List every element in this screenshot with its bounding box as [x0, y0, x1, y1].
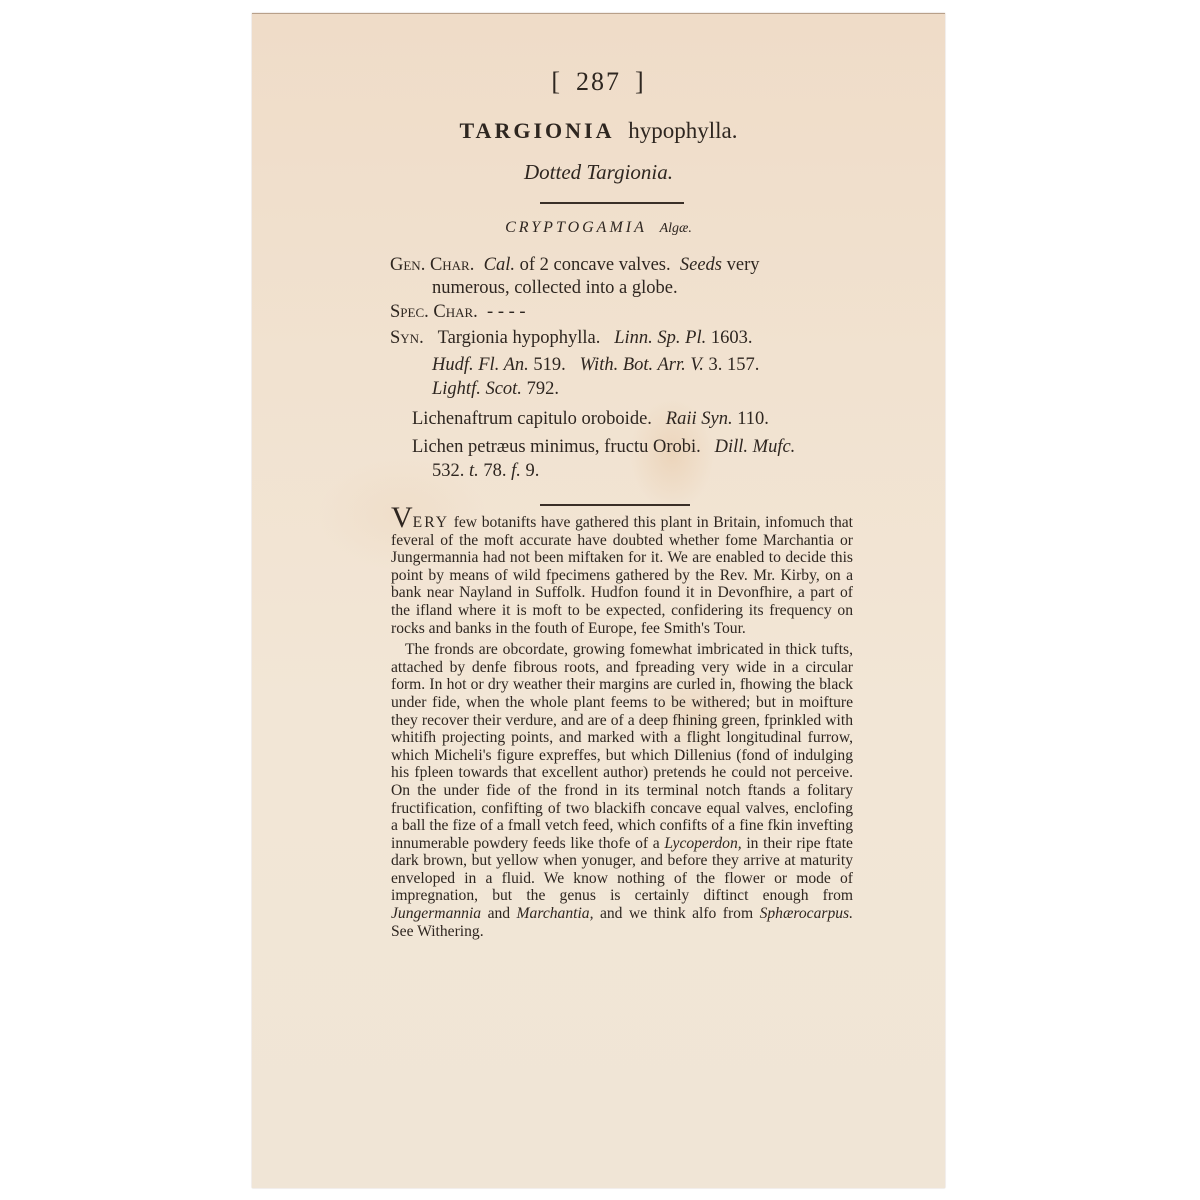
- paragraph-2-italic-4: Sphærocarpus.: [760, 905, 853, 922]
- first-word-caps: ERY: [413, 514, 449, 531]
- syn-alt2-num-a: 532.: [432, 461, 464, 481]
- bracket-right: ]: [635, 67, 646, 96]
- paragraph-2: The fronds are obcordate, growing fomewh…: [391, 641, 853, 940]
- gen-char-line2: numerous, collected into a globe.: [432, 277, 678, 299]
- syn-ref2: Hudf. Fl. An.: [432, 355, 529, 375]
- syn-alt2-line2: 532. t. 78. f. 9.: [432, 460, 539, 482]
- gen-char-label: Gen. Char.: [390, 255, 474, 275]
- syn-alt1-ref: Raii Syn.: [666, 409, 733, 429]
- syn-name: Targionia hypophylla.: [438, 328, 601, 348]
- syn-ref3: With. Bot. Arr. V.: [580, 355, 704, 375]
- syn-ref2-num: 519.: [533, 355, 565, 375]
- divider-rule: [540, 504, 690, 506]
- body-text: VERY few botanifts have gathered this pl…: [391, 508, 853, 940]
- paragraph-2-text-e: See Withering.: [391, 923, 484, 940]
- syn-alt1: Lichenaftrum capitulo oroboide. Raii Syn…: [412, 408, 769, 430]
- common-name: Dotted Targionia.: [252, 160, 945, 185]
- page-number-value: 287: [576, 67, 621, 96]
- spec-char-label: Spec. Char.: [390, 302, 478, 322]
- syn-line2: Hudf. Fl. An. 519. With. Bot. Arr. V. 3.…: [432, 354, 759, 376]
- bracket-left: [: [551, 67, 562, 96]
- syn-alt2-t: t.: [469, 461, 479, 481]
- syn-alt2-name: Lichen petræus minimus, fructu Orobi.: [412, 437, 701, 457]
- syn-alt1-num: 110.: [737, 409, 769, 429]
- paragraph-1: VERY few botanifts have gathered this pl…: [391, 508, 853, 637]
- order-name: Algæ.: [660, 221, 692, 236]
- seeds-text-1: very: [727, 255, 760, 275]
- page-title: TARGIONIA hypophylla.: [252, 118, 945, 144]
- cal-label: Cal.: [484, 255, 515, 275]
- paragraph-2-italic-3: Marchantia,: [517, 905, 594, 922]
- class-name: CRYPTOGAMIA: [505, 219, 646, 236]
- drop-cap: V: [391, 501, 413, 534]
- paragraph-2-text-a: The fronds are obcordate, growing fomewh…: [391, 641, 853, 852]
- syn-alt2: Lichen petræus minimus, fructu Orobi. Di…: [412, 436, 795, 458]
- spec-char-text: - - - -: [487, 302, 526, 322]
- spec-char-line: Spec. Char. - - - -: [390, 301, 526, 323]
- syn-ref1-num: 1603.: [711, 328, 753, 348]
- syn-ref3-num: 3. 157.: [709, 355, 760, 375]
- syn-alt2-num-c: 9.: [526, 461, 540, 481]
- classification: CRYPTOGAMIA Algæ.: [252, 219, 945, 237]
- title-genus: TARGIONIA: [460, 118, 615, 143]
- cal-text: of 2 concave valves.: [520, 255, 671, 275]
- syn-ref1: Linn. Sp. Pl.: [614, 328, 706, 348]
- syn-alt2-num-b: 78.: [483, 461, 506, 481]
- paragraph-2-text-c: and: [488, 905, 511, 922]
- syn-ref4-num: 792.: [527, 379, 559, 399]
- syn-line3: Lightf. Scot. 792.: [432, 378, 559, 400]
- paragraph-2-text-d: and we think alfo from: [600, 905, 753, 922]
- book-page: [287] TARGIONIA hypophylla. Dotted Targi…: [252, 13, 945, 1188]
- seeds-label: Seeds: [680, 255, 722, 275]
- paragraph-2-italic-1: Lycoperdon,: [664, 835, 741, 852]
- gen-char-line1: Gen. Char. Cal. of 2 concave valves. See…: [390, 254, 860, 276]
- title-species: hypophylla.: [628, 118, 737, 143]
- syn-alt2-ref: Dill. Mufc.: [715, 437, 796, 457]
- syn-alt2-f: f.: [511, 461, 521, 481]
- syn-line1: Syn. Targionia hypophylla. Linn. Sp. Pl.…: [390, 327, 752, 349]
- syn-ref4: Lightf. Scot.: [432, 379, 522, 399]
- syn-alt1-name: Lichenaftrum capitulo oroboide.: [412, 409, 652, 429]
- syn-label: Syn.: [390, 328, 424, 348]
- divider-rule: [540, 202, 684, 204]
- paragraph-1-text: few botanifts have gathered this plant i…: [391, 514, 853, 637]
- paragraph-2-italic-2: Jungermannia: [391, 905, 481, 922]
- page-number: [287]: [252, 67, 945, 97]
